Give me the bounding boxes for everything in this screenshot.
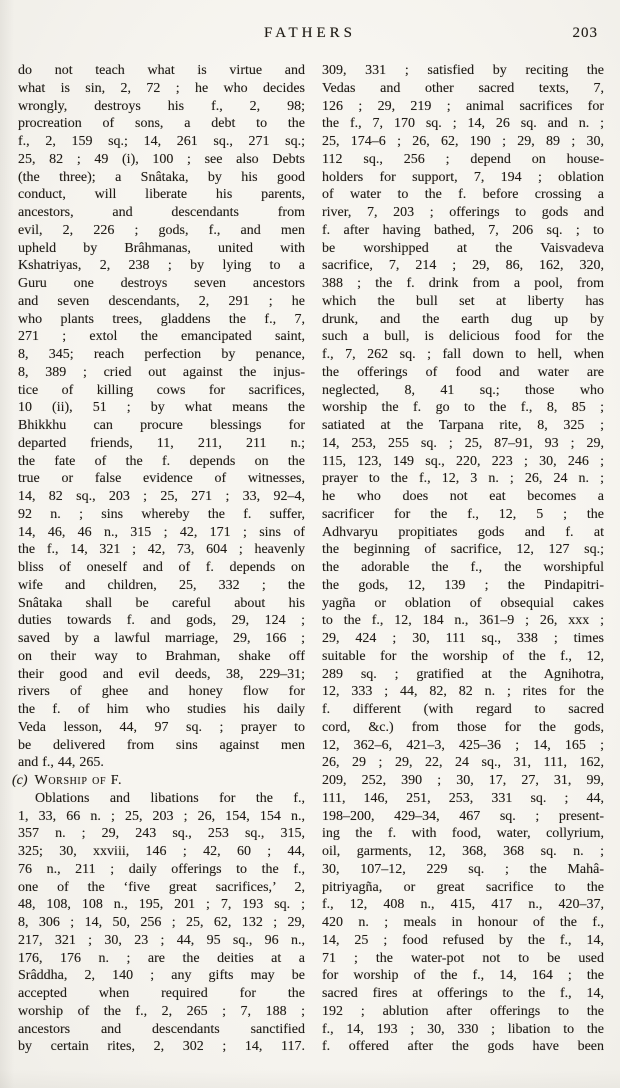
index-text-line: worship of the f., 2, 265 ; 7, 188 ; bbox=[18, 1003, 305, 1021]
index-text-line: and f., 44, 265. bbox=[18, 754, 305, 772]
index-text-line: the offerings of food and water are bbox=[322, 364, 604, 382]
index-text-line: 48, 108, 108 n., 195, 201 ; 7, 193 sq. ; bbox=[18, 896, 305, 914]
index-text-line: Guru one destroys seven ancestors bbox=[18, 275, 305, 293]
index-text-line: f. after having bathed, 7, 206 sq. ; to bbox=[322, 222, 604, 240]
index-text-line: 76 n., 211 ; daily offerings to the f., bbox=[18, 861, 305, 879]
index-text-line: 357 n. ; 29, 243 sq., 253 sq., 315, bbox=[18, 825, 305, 843]
section-heading-text: Worship of F. bbox=[35, 773, 123, 788]
index-text-line: for worship of the f., 14, 164 ; the bbox=[322, 967, 604, 985]
index-text-line: 71 ; the water-pot not to be used bbox=[322, 950, 604, 968]
index-text-line: 25, 174–6 ; 26, 62, 190 ; 29, 89 ; 30, bbox=[322, 133, 604, 151]
index-text-line: what is sin, 2, 72 ; he who decides bbox=[18, 80, 305, 98]
index-text-line: drunk, and the earth dug up by bbox=[322, 311, 604, 329]
index-text-line: holders for support, 7, 194 ; oblation bbox=[322, 169, 604, 187]
index-text-line: 14, 253, 255 sq. ; 25, 87–91, 93 ; 29, bbox=[322, 435, 604, 453]
index-text-line: wife and children, 25, 332 ; the bbox=[18, 577, 305, 595]
index-text-line: Oblations and libations for the f., bbox=[18, 790, 305, 808]
index-text-line: to the f., 12, 184 n., 361–9 ; 26, xxx ; bbox=[322, 612, 604, 630]
index-text-line: Veda lesson, 44, 97 sq. ; prayer to bbox=[18, 719, 305, 737]
index-text-line: 92 n. ; sins whereby the f. suffer, bbox=[18, 506, 305, 524]
index-text-line: 12, 362–6, 421–3, 425–36 ; 14, 165 ; bbox=[322, 737, 604, 755]
running-head-title: FATHERS bbox=[0, 25, 620, 42]
index-text-line: who plants trees, gladdens the f., 7, bbox=[18, 311, 305, 329]
index-text-line: their good and evil deeds, 38, 229–31; bbox=[18, 666, 305, 684]
index-text-line: 10 (ii), 51 ; by what means the bbox=[18, 399, 305, 417]
index-text-line: such a bull, is delicious food for the bbox=[322, 328, 604, 346]
index-text-line: 192 ; ablution after offerings to the bbox=[322, 1003, 604, 1021]
index-text-line: 176, 176 n. ; are the deities at a bbox=[18, 950, 305, 968]
page-number: 203 bbox=[573, 25, 599, 42]
index-text-line: 14, 46, 46 n., 315 ; 42, 171 ; sins of bbox=[18, 524, 305, 542]
index-text-line: 8, 389 ; cried out against the injus- bbox=[18, 364, 305, 382]
index-text-line: the fate of the f. depends on the bbox=[18, 453, 305, 471]
index-text-line: 1, 33, 66 n. ; 25, 203 ; 26, 154, 154 n.… bbox=[18, 808, 305, 826]
index-text-line: 8, 306 ; 14, 50, 256 ; 25, 62, 132 ; 29, bbox=[18, 914, 305, 932]
index-text-line: Vedas and other sacred texts, 7, bbox=[322, 80, 604, 98]
section-heading: (c)Worship of F. bbox=[12, 772, 305, 790]
index-text-line: do not teach what is virtue and bbox=[18, 62, 305, 80]
index-text-line: tice of killing cows for sacrifices, bbox=[18, 382, 305, 400]
section-heading-label: (c) bbox=[12, 773, 28, 788]
index-text-line: bliss of oneself and of f. depends on bbox=[18, 559, 305, 577]
index-text-line: 111, 146, 251, 253, 331 sq. ; 44, bbox=[322, 790, 604, 808]
index-text-line: 388 ; the f. drink from a pool, from bbox=[322, 275, 604, 293]
index-text-line: f., 14, 193 ; 30, 330 ; libation to the bbox=[322, 1021, 604, 1039]
index-text-line: 30, 107–12, 229 sq. ; the Mahâ- bbox=[322, 861, 604, 879]
index-text-line: the f., 7, 170 sq. ; 14, 26 sq. and n. ; bbox=[322, 115, 604, 133]
index-text-line: on their way to Brahman, shake off bbox=[18, 648, 305, 666]
index-text-line: sacred fires at offerings to the f., 14, bbox=[322, 985, 604, 1003]
index-text-line: 209, 252, 390 ; 30, 17, 27, 31, 99, bbox=[322, 772, 604, 790]
index-text-line: (the three); a Snâtaka, by his good bbox=[18, 169, 305, 187]
index-text-line: which the bull set at liberty has bbox=[322, 293, 604, 311]
index-text-line: sacrificer for the f., 12, 5 ; the bbox=[322, 506, 604, 524]
index-text-line: f., 7, 262 sq. ; fall down to hell, when bbox=[322, 346, 604, 364]
index-text-line: 325; 30, xxviii, 146 ; 42, 60 ; 44, bbox=[18, 843, 305, 861]
index-text-line: f., 12, 408 n., 415, 417 n., 420–37, bbox=[322, 896, 604, 914]
index-text-line: f. offered after the gods have been bbox=[322, 1038, 604, 1056]
index-text-line: Srâddha, 2, 140 ; any gifts may be bbox=[18, 967, 305, 985]
index-text-line: procreation of sons, a debt to the bbox=[18, 115, 305, 133]
index-text-line: pitriyagña, or great sacrifice to the bbox=[322, 879, 604, 897]
index-text-line: wrongly, destroys his f., 2, 98; bbox=[18, 98, 305, 116]
index-text-line: 289 sq. ; gratified at the Agnihotra, bbox=[322, 666, 604, 684]
index-text-line: true or false evidence of witnesses, bbox=[18, 470, 305, 488]
index-text-line: oil, garments, 12, 368, 368 sq. n. ; bbox=[322, 843, 604, 861]
index-text-line: Snâtaka shall be careful about his bbox=[18, 595, 305, 613]
index-text-line: saved by a lawful marriage, 29, 166 ; bbox=[18, 630, 305, 648]
right-column: 309, 331 ; satisfied by reciting theVeda… bbox=[322, 62, 604, 1056]
index-text-line: by certain rites, 2, 302 ; 14, 117. bbox=[18, 1038, 305, 1056]
index-text-line: the adorable the f., the worshipful bbox=[322, 559, 604, 577]
index-text-line: upheld by Brâhmanas, united with bbox=[18, 240, 305, 258]
index-text-line: 217, 321 ; 30, 23 ; 44, 95 sq., 96 n., bbox=[18, 932, 305, 950]
index-text-line: one of the ‘five great sacrifices,’ 2, bbox=[18, 879, 305, 897]
index-text-line: the f. of him who studies his daily bbox=[18, 701, 305, 719]
index-text-line: prayer to the f., 12, 3 n. ; 26, 24 n. ; bbox=[322, 470, 604, 488]
index-text-line: f. different (with regard to sacred bbox=[322, 701, 604, 719]
index-text-line: Bhikkhu can procure blessings for bbox=[18, 417, 305, 435]
index-text-line: 112 sq., 256 ; depend on house- bbox=[322, 151, 604, 169]
index-text-line: cord, &c.) from those for the gods, bbox=[322, 719, 604, 737]
index-text-line: suitable for the worship of the f., 12, bbox=[322, 648, 604, 666]
index-text-line: satiated at the Tarpana rite, 8, 325 ; bbox=[322, 417, 604, 435]
index-text-line: worship the f. go to the f., 8, 85 ; bbox=[322, 399, 604, 417]
index-text-line: 8, 345; reach perfection by penance, bbox=[18, 346, 305, 364]
index-text-line: conduct, will liberate his parents, bbox=[18, 186, 305, 204]
index-text-line: 420 n. ; meals in honour of the f., bbox=[322, 914, 604, 932]
index-text-line: 25, 82 ; 49 (i), 100 ; see also Debts bbox=[18, 151, 305, 169]
index-text-line: the gods, 12, 139 ; the Pindapitri- bbox=[322, 577, 604, 595]
index-text-line: of water to the f. before crossing a bbox=[322, 186, 604, 204]
index-text-line: 26, 29 ; 29, 22, 24 sq., 31, 111, 162, bbox=[322, 754, 604, 772]
index-text-line: 14, 25 ; food refused by the f., 14, bbox=[322, 932, 604, 950]
index-text-line: 126 ; 29, 219 ; animal sacrifices for bbox=[322, 98, 604, 116]
index-text-line: yagña or oblation of obsequial cakes bbox=[322, 595, 604, 613]
index-text-line: be worshipped at the Vaisvadeva bbox=[322, 240, 604, 258]
index-text-line: ancestors and descendants sanctified bbox=[18, 1021, 305, 1039]
index-text-line: neglected, 8, 41 sq.; those who bbox=[322, 382, 604, 400]
index-text-line: 309, 331 ; satisfied by reciting the bbox=[322, 62, 604, 80]
index-text-line: and seven descendants, 2, 291 ; he bbox=[18, 293, 305, 311]
index-text-line: 198–200, 429–34, 467 sq. ; present- bbox=[322, 808, 604, 826]
index-text-line: 29, 424 ; 30, 111 sq., 338 ; times bbox=[322, 630, 604, 648]
index-text-line: 115, 123, 149 sq., 220, 223 ; 30, 246 ; bbox=[322, 453, 604, 471]
index-text-line: he who does not eat becomes a bbox=[322, 488, 604, 506]
index-text-line: river, 7, 203 ; offerings to gods and bbox=[322, 204, 604, 222]
index-text-line: accepted when required for the bbox=[18, 985, 305, 1003]
index-text-line: 271 ; extol the emancipated saint, bbox=[18, 328, 305, 346]
index-text-line: duties towards f. and gods, 29, 124 ; bbox=[18, 612, 305, 630]
book-page: FATHERS 203 do not teach what is virtue … bbox=[0, 0, 620, 1088]
index-text-line: 14, 82 sq., 203 ; 25, 271 ; 33, 92–4, bbox=[18, 488, 305, 506]
index-text-line: ing the f. with food, water, collyrium, bbox=[322, 825, 604, 843]
index-text-line: evil, 2, 226 ; gods, f., and men bbox=[18, 222, 305, 240]
index-text-line: rivers of ghee and honey flow for bbox=[18, 683, 305, 701]
left-column: do not teach what is virtue andwhat is s… bbox=[18, 62, 305, 1056]
index-text-line: departed friends, 11, 211, 211 n.; bbox=[18, 435, 305, 453]
index-text-line: be delivered from sins against men bbox=[18, 737, 305, 755]
index-text-line: Adhvaryu propitiates gods and f. at bbox=[322, 524, 604, 542]
index-text-line: ancestors, and descendants from bbox=[18, 204, 305, 222]
index-text-line: the f., 14, 321 ; 42, 73, 604 ; heavenly bbox=[18, 541, 305, 559]
index-text-line: Kshatriyas, 2, 238 ; by lying to a bbox=[18, 257, 305, 275]
index-text-line: sacrifice, 7, 214 ; 29, 86, 162, 320, bbox=[322, 257, 604, 275]
index-text-line: f., 2, 159 sq.; 14, 261 sq., 271 sq.; bbox=[18, 133, 305, 151]
index-text-line: 12, 333 ; 44, 82, 82 n. ; rites for the bbox=[322, 683, 604, 701]
index-text-line: the beginning of sacrifice, 12, 127 sq.; bbox=[322, 541, 604, 559]
